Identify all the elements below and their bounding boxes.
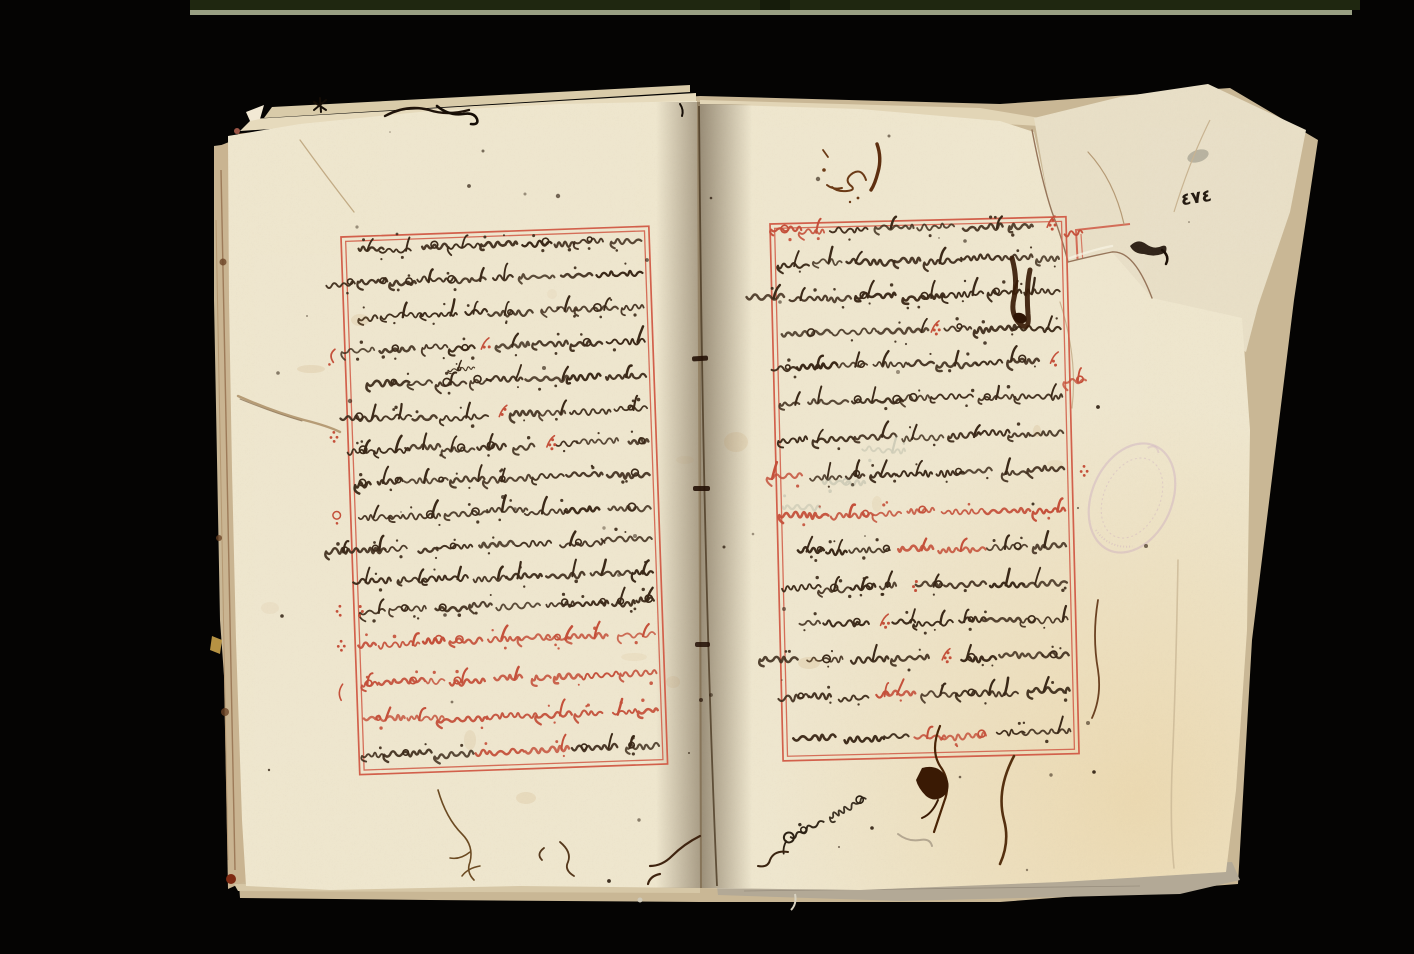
ink-speck [1188,221,1190,223]
quire-mark-dot [849,201,851,203]
ink-speck [870,826,874,830]
ink-speck [723,546,726,549]
paper-grain [200,80,1330,910]
ink-speck [513,507,516,510]
ink-speck [443,613,447,617]
ink-speck [838,846,840,848]
fox-stain [676,456,694,464]
ink-speck [501,495,505,499]
ink-speck [781,679,783,681]
ink-speck [709,693,713,697]
fox-stain [464,730,476,750]
gutter-shadow-right [700,104,752,888]
ink-speck [983,341,987,345]
gutter-shadow-left [656,102,700,888]
ink-speck [963,239,967,243]
sewing-stitch [699,698,703,702]
ink-speck [1077,507,1079,509]
book: ٤٧٤ [200,80,1330,910]
ink-speck [542,366,546,370]
ink-speck [348,399,352,403]
edge-stain [220,259,227,266]
ink-speck [1032,503,1035,506]
ink-speck [905,343,907,345]
red-chip [234,128,240,134]
ink-speck [633,534,637,538]
fox-stain [621,653,647,661]
fox-stain [666,676,680,688]
ink-speck [896,370,900,374]
fox-stain [724,432,748,452]
ink-speck [938,237,939,238]
ink-speck [602,526,605,529]
fox-stain [297,365,325,373]
fox-stain [798,657,820,669]
sewing-stitch [695,642,710,647]
ink-speck [645,258,649,262]
ink-speck [556,306,560,310]
ink-speck [1092,770,1096,774]
ink-speck [752,533,755,536]
photograph-of-manuscript: ٤٧٤ [0,0,1414,954]
ink-speck [864,535,866,537]
ink-speck [617,573,621,577]
ink-speck [637,818,640,821]
ink-speck [1144,544,1148,548]
paper-fleck [638,898,643,903]
ink-speck [1026,869,1028,871]
ink-speck [888,135,891,138]
ink-speck [964,280,966,282]
ink-speck [268,769,270,771]
ink-speck [280,614,284,618]
sewing-stitch [693,486,710,491]
fox-stain [872,496,882,512]
fox-stain [351,314,369,326]
ink-speck [524,193,527,196]
ink-speck [688,752,690,754]
top-light-strip [190,10,1352,15]
fox-stain [1047,460,1063,468]
ink-speck [467,184,471,188]
fox-stain [1033,425,1041,437]
manuscript-scene: ٤٧٤ [0,0,1414,954]
ink-speck [607,879,611,883]
ink-speck [959,776,962,779]
ink-speck [710,197,713,200]
ink-speck [782,607,786,611]
ink-speck [556,194,560,198]
fox-stain [547,289,557,299]
ink-speck [306,315,308,317]
ink-speck [1065,692,1067,694]
ink-speck [1049,773,1052,776]
ink-speck [400,511,402,513]
fox-stain [261,602,279,614]
edge-stain [221,708,229,716]
ink-speck [816,177,820,181]
ink-speck [451,701,454,704]
ink-speck [908,669,911,672]
red-corner-spot [226,874,236,884]
ink-speck [1086,721,1090,725]
ink-speck [389,131,391,133]
ink-speck [355,225,358,228]
quire-mark-dot [822,168,826,172]
ink-speck [778,300,782,304]
top-strip-shadow [760,0,790,10]
ink-speck [1096,405,1100,409]
ink-speck [276,371,280,375]
edge-stain [216,535,222,541]
ink-speck [396,233,399,236]
ink-speck [482,150,485,153]
quire-mark-dot [857,197,860,200]
fox-stain [516,792,536,804]
